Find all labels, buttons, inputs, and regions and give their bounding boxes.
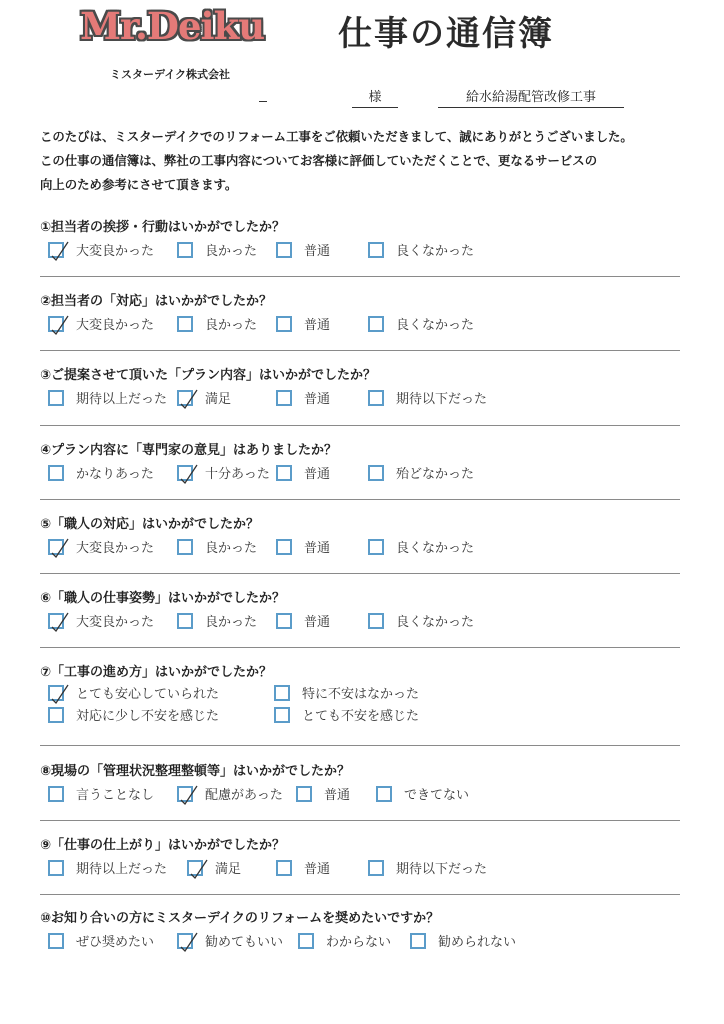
option-1[interactable]: 大変良かった — [48, 314, 154, 333]
question-title: ⑥「職人の仕事姿勢」はいかがでしたか？ — [40, 587, 680, 607]
intro-line: この仕事の通信簿は、弊社の工事内容についてお客様に評価していただくことで、更なる… — [40, 149, 680, 173]
option-label: 普通 — [304, 388, 330, 407]
question-title: ⑤「職人の対応」はいかがでしたか？ — [40, 513, 680, 533]
checkbox[interactable] — [274, 685, 290, 701]
option-3[interactable]: 普通 — [276, 858, 330, 877]
option-3[interactable]: 普通 — [276, 388, 330, 407]
checkbox[interactable] — [296, 786, 312, 802]
option-1[interactable]: 期待以上だった — [48, 388, 167, 407]
intro-text: このたびは、ミスターデイクでのリフォーム工事をご依頼いただきまして、誠にありがと… — [40, 125, 680, 197]
checkbox-checked[interactable] — [177, 465, 193, 481]
checkbox[interactable] — [368, 860, 384, 876]
checkbox[interactable] — [368, 316, 384, 332]
checkbox[interactable] — [368, 539, 384, 555]
option-label: ぜひ奨めたい — [76, 931, 154, 950]
option-2[interactable]: 良かった — [177, 611, 257, 630]
option-label: かなりあった — [76, 463, 154, 482]
option-1[interactable]: 大変良かった — [48, 240, 154, 259]
project-name: 給水給湯配管改修工事 — [438, 86, 624, 108]
checkbox[interactable] — [177, 539, 193, 555]
option-2[interactable]: 特に不安はなかった — [274, 683, 419, 702]
option-4[interactable]: 良くなかった — [368, 537, 474, 556]
option-label: わからない — [326, 931, 391, 950]
option-label: 良くなかった — [396, 537, 474, 556]
checkbox[interactable] — [276, 390, 292, 406]
divider — [40, 276, 680, 277]
option-2[interactable]: 十分あった — [177, 463, 270, 482]
option-label: 大変良かった — [76, 314, 154, 333]
question-3: ③ご提案させて頂いた「プラン内容」はいかがでしたか？期待以上だった満足普通期待以… — [40, 364, 680, 412]
checkmark-icon — [177, 774, 197, 804]
option-label: 普通 — [304, 314, 330, 333]
page-title: 仕事の通信簿 — [338, 6, 554, 55]
question-title: ⑨「仕事の仕上がり」はいかがでしたか？ — [40, 834, 680, 854]
divider — [40, 499, 680, 500]
question-title: ③ご提案させて頂いた「プラン内容」はいかがでしたか？ — [40, 364, 680, 384]
checkbox[interactable] — [368, 465, 384, 481]
options-row: 期待以上だった満足普通期待以下だった — [40, 384, 680, 412]
option-4[interactable]: とても不安を感じた — [274, 705, 419, 724]
option-label: 良くなかった — [396, 240, 474, 259]
option-1[interactable]: 大変良かった — [48, 611, 154, 630]
checkbox[interactable] — [276, 539, 292, 555]
checkmark-icon — [187, 848, 207, 878]
divider — [40, 745, 680, 746]
question-title: ⑧現場の「管理状況整理整頓等」はいかがでしたか？ — [40, 760, 680, 780]
options-row: 期待以上だった満足普通期待以下だった — [40, 854, 680, 882]
option-2[interactable]: 勧めてもいい — [177, 931, 283, 950]
checkbox[interactable] — [48, 390, 64, 406]
option-1[interactable]: ぜひ奨めたい — [48, 931, 154, 950]
option-label: 良かった — [205, 537, 257, 556]
option-4[interactable]: 良くなかった — [368, 611, 474, 630]
option-4[interactable]: 期待以下だった — [368, 388, 487, 407]
divider — [40, 425, 680, 426]
question-7: ⑦「工事の進め方」はいかがでしたか？とても安心していられた特に不安はなかった対応… — [40, 661, 680, 729]
divider — [40, 894, 680, 895]
option-label: 普通 — [304, 537, 330, 556]
checkbox-checked[interactable] — [48, 539, 64, 555]
checkbox[interactable] — [177, 613, 193, 629]
question-8: ⑧現場の「管理状況整理整頓等」はいかがでしたか？言うことなし配慮があった普通でき… — [40, 760, 680, 808]
option-2[interactable]: 配慮があった — [177, 784, 283, 803]
checkmark-icon — [177, 453, 197, 483]
question-1: ①担当者の挨拶・行動はいかがでしたか？大変良かった良かった普通良くなかった — [40, 216, 680, 264]
checkbox[interactable] — [48, 860, 64, 876]
option-1[interactable]: 言うことなし — [48, 784, 154, 803]
checkmark-icon — [48, 304, 68, 334]
option-3[interactable]: 普通 — [296, 784, 350, 803]
option-label: 普通 — [304, 611, 330, 630]
option-label: 期待以上だった — [76, 388, 167, 407]
checkbox[interactable] — [177, 316, 193, 332]
options-row: 大変良かった良かった普通良くなかった — [40, 607, 680, 635]
option-label: 特に不安はなかった — [302, 683, 419, 702]
option-1[interactable]: 期待以上だった — [48, 858, 167, 877]
option-2[interactable]: 満足 — [187, 858, 241, 877]
checkbox-checked[interactable] — [177, 933, 193, 949]
option-2[interactable]: 良かった — [177, 537, 257, 556]
checkbox[interactable] — [48, 465, 64, 481]
checkbox-checked[interactable] — [187, 860, 203, 876]
option-label: 勧めてもいい — [205, 931, 283, 950]
options-row: ぜひ奨めたい勧めてもいいわからない勧められない — [40, 927, 680, 955]
options-row: 大変良かった良かった普通良くなかった — [40, 236, 680, 264]
question-6: ⑥「職人の仕事姿勢」はいかがでしたか？大変良かった良かった普通良くなかった — [40, 587, 680, 635]
option-label: 満足 — [205, 388, 231, 407]
divider — [40, 573, 680, 574]
option-1[interactable]: とても安心していられた — [48, 683, 219, 702]
intro-line: このたびは、ミスターデイクでのリフォーム工事をご依頼いただきまして、誠にありがと… — [40, 125, 680, 149]
checkmark-icon — [48, 230, 68, 260]
checkbox-checked[interactable] — [48, 685, 64, 701]
option-label: 配慮があった — [205, 784, 283, 803]
question-title: ①担当者の挨拶・行動はいかがでしたか？ — [40, 216, 680, 236]
option-label: 期待以上だった — [76, 858, 167, 877]
option-label: できてない — [404, 784, 469, 803]
option-label: 普通 — [324, 784, 350, 803]
option-label: 普通 — [304, 858, 330, 877]
checkbox[interactable] — [48, 707, 64, 723]
checkbox[interactable] — [368, 613, 384, 629]
question-10: ⑩お知り合いの方にミスターデイクのリフォームを奨めたいですか？ぜひ奨めたい勧めて… — [40, 907, 680, 955]
checkbox[interactable] — [298, 933, 314, 949]
honorific-label: 様 — [352, 86, 398, 108]
customer-name-field[interactable] — [259, 101, 267, 102]
option-label: とても不安を感じた — [302, 705, 419, 724]
options-row: とても安心していられた特に不安はなかった対応に少し不安を感じたとても不安を感じた — [40, 681, 680, 729]
option-3[interactable]: わからない — [298, 931, 391, 950]
option-2[interactable]: 良かった — [177, 240, 257, 259]
checkbox[interactable] — [368, 242, 384, 258]
option-label: 大変良かった — [76, 537, 154, 556]
checkbox-checked[interactable] — [48, 316, 64, 332]
option-3[interactable]: 普通 — [276, 537, 330, 556]
divider — [40, 350, 680, 351]
option-label: 普通 — [304, 463, 330, 482]
checkbox[interactable] — [48, 933, 64, 949]
option-label: 期待以下だった — [396, 388, 487, 407]
company-logo: Mr.Deiku — [80, 4, 264, 48]
checkmark-icon — [48, 601, 68, 631]
option-2[interactable]: 良かった — [177, 314, 257, 333]
option-label: 期待以下だった — [396, 858, 487, 877]
question-5: ⑤「職人の対応」はいかがでしたか？大変良かった良かった普通良くなかった — [40, 513, 680, 561]
checkbox[interactable] — [368, 390, 384, 406]
intro-line: 向上のため参考にさせて頂きます。 — [40, 173, 680, 197]
option-3[interactable]: 普通 — [276, 463, 330, 482]
option-label: 殆どなかった — [396, 463, 474, 482]
option-label: 言うことなし — [76, 784, 154, 803]
question-title: ④プラン内容に「専門家の意見」はありましたか？ — [40, 439, 680, 459]
option-label: 良かった — [205, 240, 257, 259]
option-4[interactable]: 良くなかった — [368, 240, 474, 259]
option-label: 勧められない — [438, 931, 516, 950]
option-3[interactable]: 普通 — [276, 611, 330, 630]
option-1[interactable]: かなりあった — [48, 463, 154, 482]
option-label: 対応に少し不安を感じた — [76, 705, 219, 724]
checkmark-icon — [48, 527, 68, 557]
options-row: 大変良かった良かった普通良くなかった — [40, 533, 680, 561]
question-title: ⑩お知り合いの方にミスターデイクのリフォームを奨めたいですか？ — [40, 907, 680, 927]
option-label: 普通 — [304, 240, 330, 259]
checkbox[interactable] — [274, 707, 290, 723]
option-4[interactable]: 期待以下だった — [368, 858, 487, 877]
option-4[interactable]: できてない — [376, 784, 469, 803]
option-label: 良かった — [205, 611, 257, 630]
divider — [40, 820, 680, 821]
options-row: 大変良かった良かった普通良くなかった — [40, 310, 680, 338]
option-label: 大変良かった — [76, 240, 154, 259]
checkmark-icon — [177, 378, 197, 408]
checkbox[interactable] — [276, 860, 292, 876]
checkmark-icon — [177, 921, 197, 951]
checkbox-checked[interactable] — [48, 613, 64, 629]
option-4[interactable]: 殆どなかった — [368, 463, 474, 482]
option-label: 大変良かった — [76, 611, 154, 630]
checkbox[interactable] — [177, 242, 193, 258]
option-label: 良くなかった — [396, 314, 474, 333]
checkbox[interactable] — [276, 465, 292, 481]
checkbox[interactable] — [376, 786, 392, 802]
option-3[interactable]: 普通 — [276, 314, 330, 333]
question-9: ⑨「仕事の仕上がり」はいかがでしたか？期待以上だった満足普通期待以下だった — [40, 834, 680, 882]
option-4[interactable]: 勧められない — [410, 931, 516, 950]
checkbox[interactable] — [48, 786, 64, 802]
checkmark-icon — [48, 673, 68, 703]
checkbox-checked[interactable] — [48, 242, 64, 258]
question-4: ④プラン内容に「専門家の意見」はありましたか？かなりあった十分あった普通殆どなか… — [40, 439, 680, 487]
question-title: ②担当者の「対応」はいかがでしたか？ — [40, 290, 680, 310]
option-label: とても安心していられた — [76, 683, 219, 702]
options-row: 言うことなし配慮があった普通できてない — [40, 780, 680, 808]
checkbox[interactable] — [276, 242, 292, 258]
option-label: 満足 — [215, 858, 241, 877]
checkbox-checked[interactable] — [177, 786, 193, 802]
option-label: 良かった — [205, 314, 257, 333]
option-4[interactable]: 良くなかった — [368, 314, 474, 333]
checkbox-checked[interactable] — [177, 390, 193, 406]
checkbox[interactable] — [410, 933, 426, 949]
checkbox[interactable] — [276, 613, 292, 629]
option-1[interactable]: 大変良かった — [48, 537, 154, 556]
divider — [40, 647, 680, 648]
option-3[interactable]: 普通 — [276, 240, 330, 259]
option-3[interactable]: 対応に少し不安を感じた — [48, 705, 219, 724]
option-2[interactable]: 満足 — [177, 388, 231, 407]
option-label: 十分あった — [205, 463, 270, 482]
company-name: ミスターデイク株式会社 — [110, 66, 230, 82]
question-2: ②担当者の「対応」はいかがでしたか？大変良かった良かった普通良くなかった — [40, 290, 680, 338]
options-row: かなりあった十分あった普通殆どなかった — [40, 459, 680, 487]
checkbox[interactable] — [276, 316, 292, 332]
option-label: 良くなかった — [396, 611, 474, 630]
question-title: ⑦「工事の進め方」はいかがでしたか？ — [40, 661, 680, 681]
